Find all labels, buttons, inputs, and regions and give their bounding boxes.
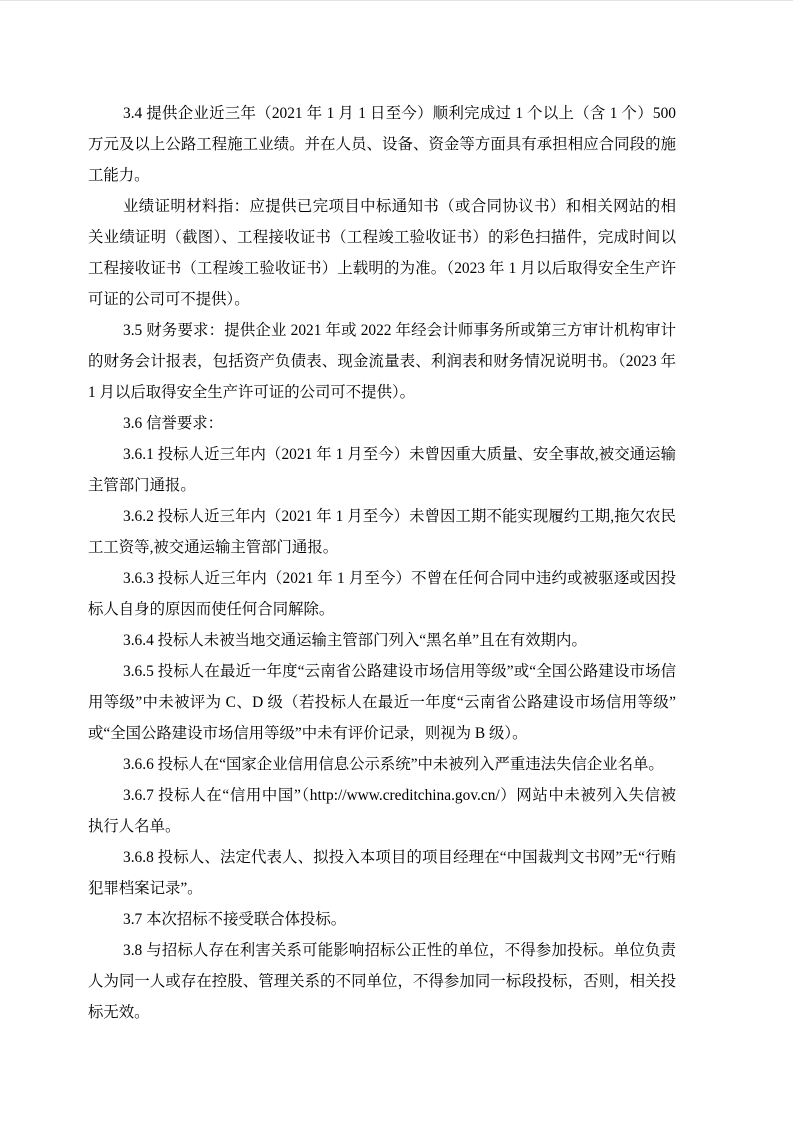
paragraph: 3.4 提供企业近三年（2021 年 1 月 1 日至今）顺利完成过 1 个以上… xyxy=(88,98,676,191)
paragraph: 3.6.2 投标人近三年内（2021 年 1 月至今）未曾因工期不能实现履约工期… xyxy=(88,501,676,563)
paragraph: 3.6.7 投标人在“信用中国”（http://www.creditchina.… xyxy=(88,780,676,842)
paragraph: 业绩证明材料指：应提供已完项目中标通知书（或合同协议书）和相关网站的相关业绩证明… xyxy=(88,191,676,315)
paragraph: 3.8 与招标人存在利害关系可能影响招标公正性的单位，不得参加投标。单位负责人为… xyxy=(88,935,676,1028)
paragraph: 3.6.5 投标人在最近一年度“云南省公路建设市场信用等级”或“全国公路建设市场… xyxy=(88,656,676,749)
paragraph: 3.5 财务要求：提供企业 2021 年或 2022 年经会计师事务所或第三方审… xyxy=(88,315,676,408)
paragraph: 3.6.4 投标人未被当地交通运输主管部门列入“黑名单”且在有效期内。 xyxy=(88,625,676,656)
paragraph: 3.6 信誉要求： xyxy=(88,408,676,439)
document-page: 3.4 提供企业近三年（2021 年 1 月 1 日至今）顺利完成过 1 个以上… xyxy=(0,0,793,1122)
paragraph: 3.6.1 投标人近三年内（2021 年 1 月至今）未曾因重大质量、安全事故,… xyxy=(88,439,676,501)
paragraph: 3.7 本次招标不接受联合体投标。 xyxy=(88,904,676,935)
paragraph: 3.6.6 投标人在“国家企业信用信息公示系统”中未被列入严重违法失信企业名单。 xyxy=(88,749,676,780)
document-text-block: 3.4 提供企业近三年（2021 年 1 月 1 日至今）顺利完成过 1 个以上… xyxy=(88,98,676,1028)
paragraph: 3.6.3 投标人近三年内（2021 年 1 月至今）不曾在任何合同中违约或被驱… xyxy=(88,563,676,625)
paragraph: 3.6.8 投标人、法定代表人、拟投入本项目的项目经理在“中国裁判文书网”无“行… xyxy=(88,842,676,904)
